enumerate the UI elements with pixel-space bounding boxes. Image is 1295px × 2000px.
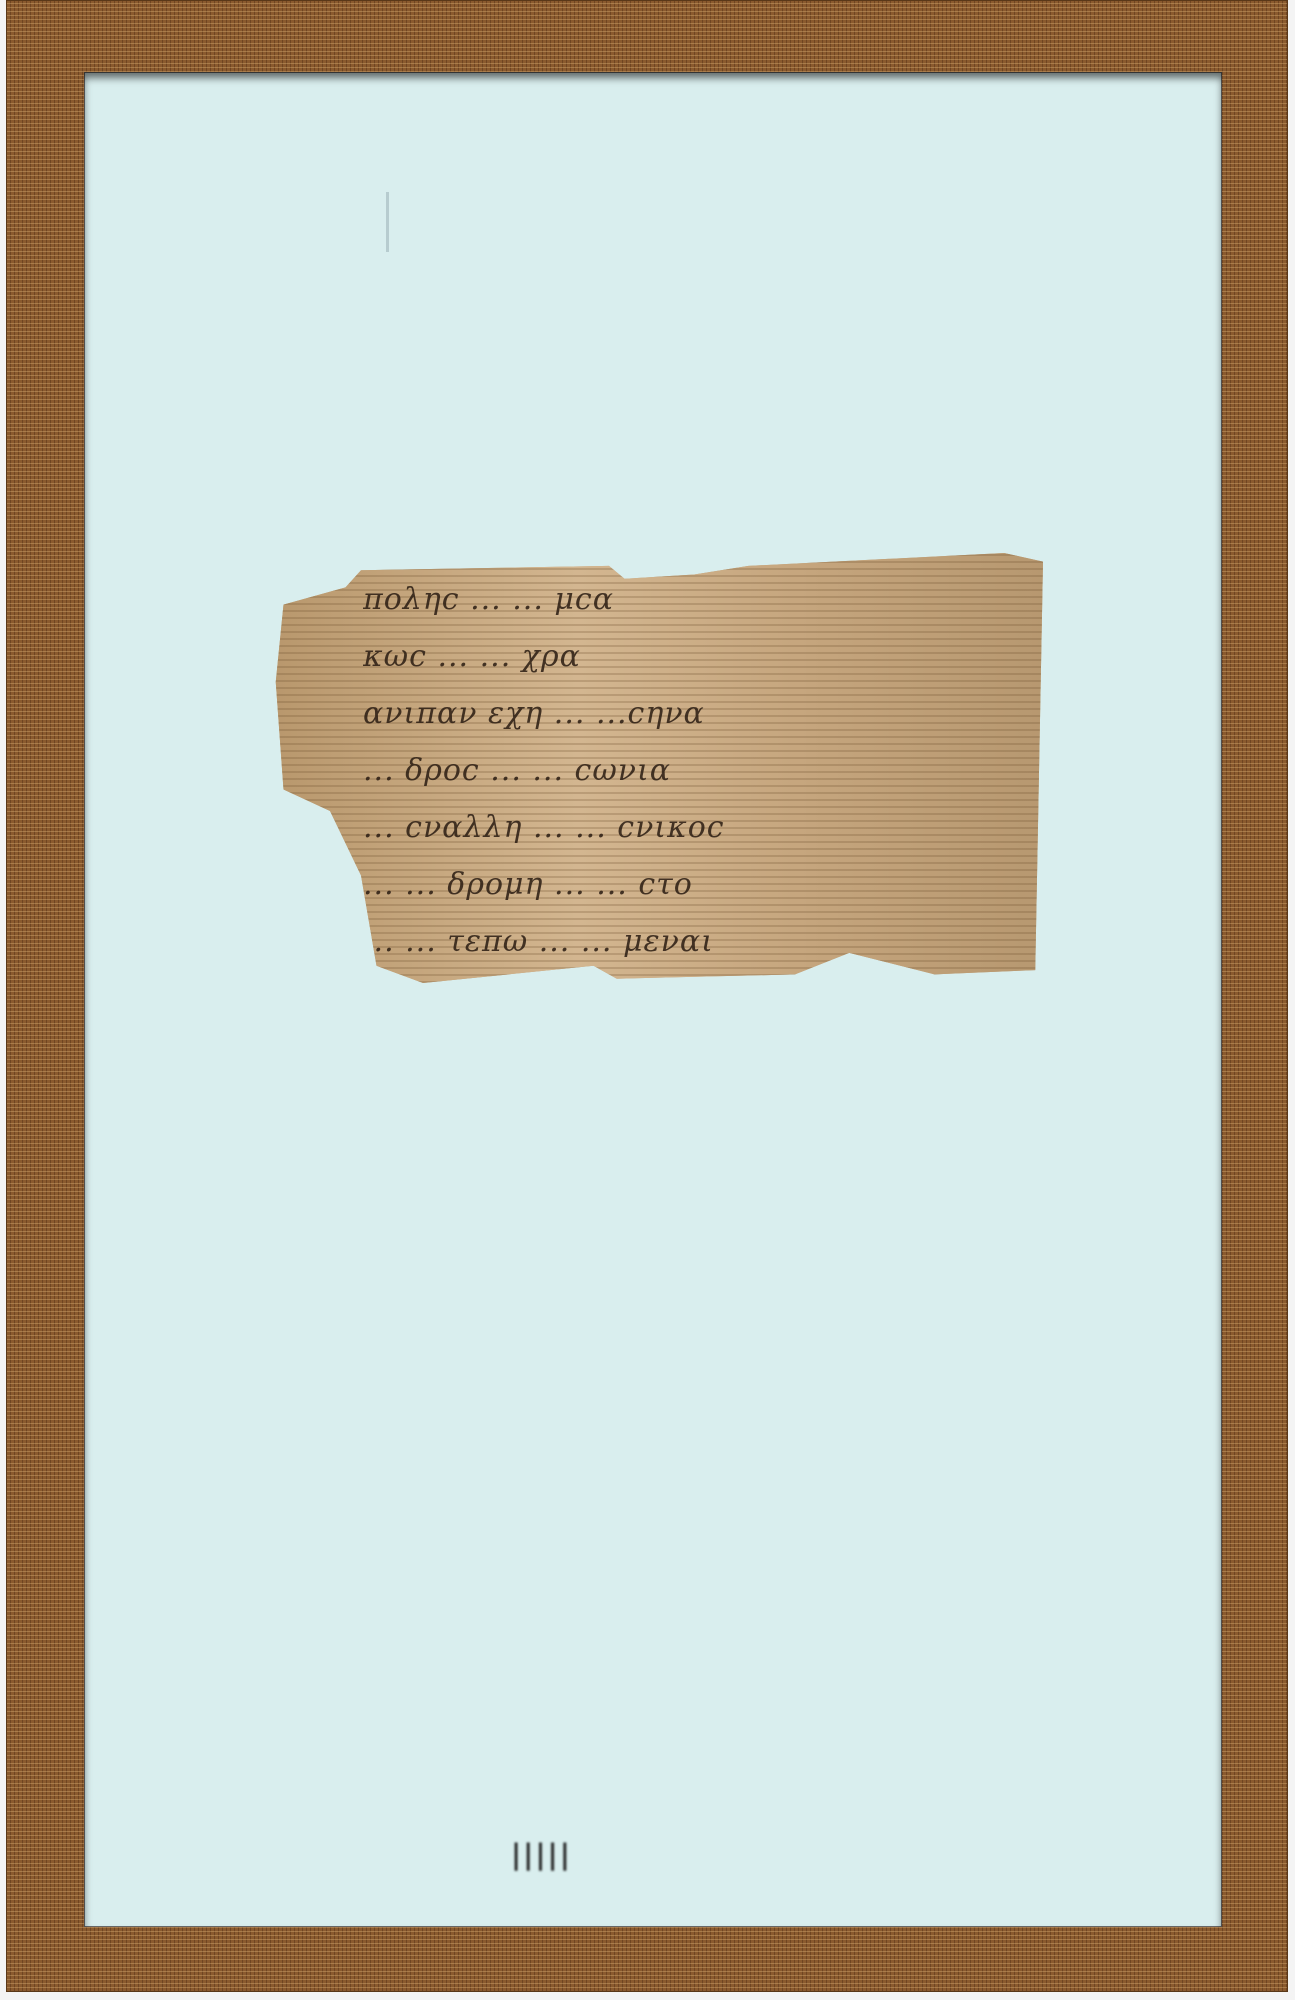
papyrus-line: ... ϲναλλη ... ... ϲνικοϲ [363,799,1003,856]
cloth-frame: ποληϲ ... ... μϲα κωϲ ... ... χρα ανιπαν… [6,0,1288,1992]
papyrus-line: κωϲ ... ... χρα [363,628,1003,685]
glass-scratch [386,192,389,252]
papyrus-line: ανιπαν εχη ... ...ϲηνα [363,685,1003,742]
glass-mount [84,72,1222,1927]
papyrus-line: ποληϲ ... ... μϲα [363,571,1003,628]
papyrus-line: ... δροϲ ... ... ϲωνια [363,742,1003,799]
inventory-stamp: ||||| [511,1838,641,1878]
papyrus-line: ... ... τεπω ... ... μεναι [363,913,1003,970]
papyrus-line: ... ... δρομη ... ... ϲτο [363,856,1003,913]
papyrus-fragment: ποληϲ ... ... μϲα κωϲ ... ... χρα ανιπαν… [268,553,1043,983]
papyrus-script: ποληϲ ... ... μϲα κωϲ ... ... χρα ανιπαν… [363,571,1003,970]
